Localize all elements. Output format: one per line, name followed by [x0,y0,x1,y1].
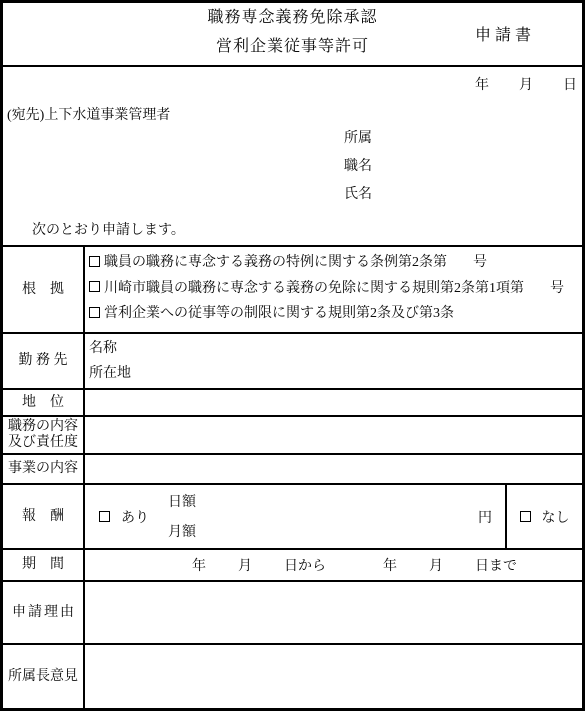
workplace-label: 勤 務 先 [3,334,85,388]
position-row: 地 位 [3,388,582,415]
basis-option-3-checkbox[interactable] [89,307,100,318]
basis-option-3: 営利企業への従事等の制限に関する規則第2条及び第3条 [89,302,582,322]
doc-type-label: 申請書 [475,22,535,45]
date-line: 年 月 日 [475,74,577,94]
remuneration-no-label: なし [542,507,570,527]
basis-option-2-text: 川崎市職員の職務に専念する義務の免除に関する規則第2条第1項第 [104,277,524,297]
period-to-month-label: 月 [429,555,443,575]
remuneration-yes-group: あり [99,507,149,527]
workplace-name-label: 名称 [89,337,582,357]
date-month-label: 月 [519,74,533,94]
basis-option-1-text: 職員の職務に専念する義務の特例に関する条例第2条第 [104,251,447,271]
addressee-label: (宛先)上下水道事業管理者 [7,104,170,124]
name-label: 氏名 [344,181,372,209]
basis-content: 職員の職務に専念する義務の特例に関する条例第2条第 号 川崎市職員の職務に専念す… [85,247,582,332]
period-from-month-label: 月 [238,555,252,575]
business-detail-label: 事業の内容 [3,455,85,483]
duty-detail-label-line2: 及び責任度 [8,435,78,451]
monthly-amount-label: 月額 [168,521,196,541]
period-label: 期 間 [3,550,85,580]
duty-detail-label: 職務の内容 及び責任度 [3,417,85,453]
remuneration-no-checkbox[interactable] [520,511,531,522]
amount-type-labels: 日額 月額 [168,485,196,548]
basis-option-3-text: 営利企業への従事等の制限に関する規則第2条及び第3条 [104,302,454,322]
position-label: 地 位 [3,390,85,415]
business-detail-row: 事業の内容 [3,453,582,483]
basis-row: 根 拠 職員の職務に専念する義務の特例に関する条例第2条第 号 川崎市職員の職務… [3,245,582,332]
date-day-label: 日 [563,74,577,94]
supervisor-opinion-label: 所属長意見 [3,645,85,708]
basis-option-1: 職員の職務に専念する義務の特例に関する条例第2条第 号 [89,251,582,271]
remuneration-no-cell: なし [507,485,582,548]
basis-option-1-checkbox[interactable] [89,256,100,267]
remuneration-yes-checkbox[interactable] [99,511,110,522]
remuneration-label: 報 酬 [3,485,85,548]
basis-option-2-suffix: 号 [550,277,564,297]
exemption-application-form: 職務専念義務免除承認 営利企業従事等許可 申請書 年 月 日 (宛先)上下水道事… [0,0,585,711]
basis-option-2-checkbox[interactable] [89,281,100,292]
daily-amount-label: 日額 [168,491,196,511]
period-from-year-label: 年 [192,555,206,575]
declaration-text: 次のとおり申請します。 [32,219,185,239]
supervisor-opinion-row: 所属長意見 [3,643,582,708]
remuneration-main-cell: あり 日額 月額 円 [85,485,507,548]
reason-row: 申請理由 [3,580,582,643]
form-header: 職務専念義務免除承認 営利企業従事等許可 申請書 [3,3,582,65]
workplace-content: 名称 所在地 [85,334,582,388]
remuneration-row: 報 酬 あり 日額 月額 円 なし [3,483,582,548]
yen-label: 円 [478,507,505,527]
period-from-day-label: 日から [284,555,326,575]
remuneration-content: あり 日額 月額 円 なし [85,485,582,548]
reason-field [85,582,582,643]
period-to-year-label: 年 [383,555,397,575]
basis-options: 職員の職務に専念する義務の特例に関する条例第2条第 号 川崎市職員の職務に専念す… [85,247,582,332]
supervisor-opinion-field [85,645,582,708]
basis-label: 根 拠 [3,247,85,332]
job-title-label: 職名 [344,153,372,181]
duty-detail-row: 職務の内容 及び責任度 [3,415,582,453]
basis-option-2: 川崎市職員の職務に専念する義務の免除に関する規則第2条第1項第 号 [89,277,582,297]
basis-option-1-suffix: 号 [473,251,487,271]
duty-detail-label-line1: 職務の内容 [8,419,78,435]
workplace-row: 勤 務 先 名称 所在地 [3,332,582,388]
period-to-day-label: 日まで [475,555,517,575]
business-detail-field [85,455,582,483]
top-section: 年 月 日 (宛先)上下水道事業管理者 所属 職名 氏名 次のとおり申請します。 [3,65,582,245]
period-row: 期 間 年 月 日から 年 月 日まで [3,548,582,580]
position-field [85,390,582,415]
reason-label: 申請理由 [3,582,85,643]
affiliation-label: 所属 [344,125,372,153]
remuneration-yes-label: あり [121,507,149,527]
applicant-block: 所属 職名 氏名 [344,125,372,209]
duty-detail-field [85,417,582,453]
workplace-address-label: 所在地 [89,362,582,382]
date-year-label: 年 [475,74,489,94]
period-content: 年 月 日から 年 月 日まで [85,550,582,580]
